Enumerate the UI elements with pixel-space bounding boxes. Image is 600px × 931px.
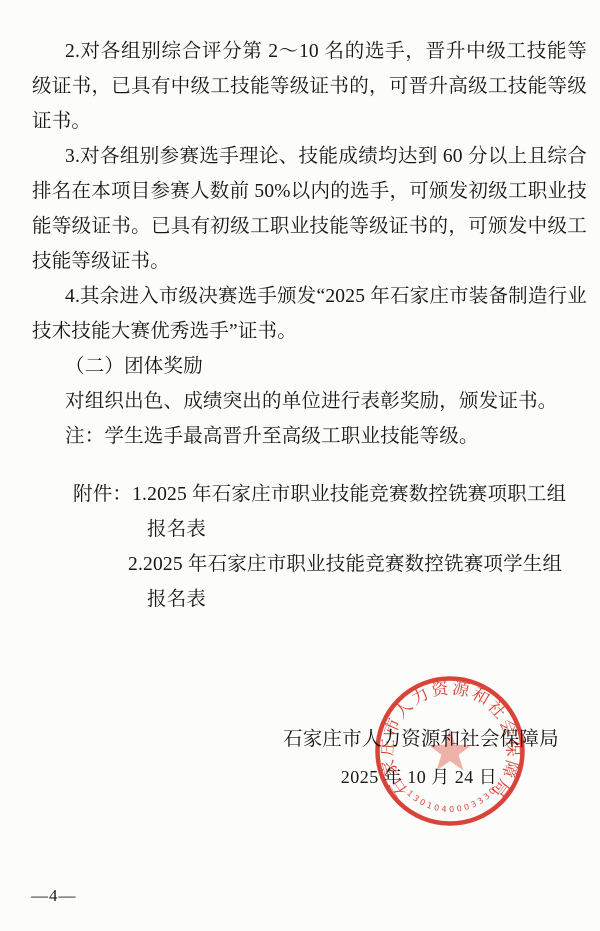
- paragraph-award-others: 4.其余进入市级决赛选手颁发“2025 年石家庄市装备制造行业技术技能大赛优秀选…: [32, 279, 587, 349]
- attachment-item-1-title: 1.2025 年石家庄市职业技能竞赛数控铣赛项职工组: [132, 484, 566, 505]
- paragraph-award-rank: 2.对各组别综合评分第 2～10 名的选手，晋升中级工技能等级证书，已具有中级工…: [32, 34, 587, 139]
- attachment-item-2-line-1: 2.2025 年石家庄市职业技能竞赛数控铣赛项学生组: [73, 547, 573, 582]
- paragraph-note: 注：学生选手最高晋升至高级工职业技能等级。: [32, 419, 587, 454]
- issuing-authority: 石家庄市人力资源和社会保障局: [283, 723, 555, 751]
- attachments-label: 附件：: [73, 484, 132, 505]
- document-page: 2.对各组别综合评分第 2～10 名的选手，晋升中级工技能等级证书，已具有中级工…: [0, 0, 600, 931]
- attachment-item-1-line-2: 报名表: [73, 512, 573, 547]
- document-body: 2.对各组别综合评分第 2～10 名的选手，晋升中级工技能等级证书，已具有中级工…: [32, 34, 587, 454]
- signature-block: 石家庄市人力资源和社会保障局 2025 年 10 月 24 日: [283, 723, 555, 789]
- issue-date: 2025 年 10 月 24 日: [283, 763, 555, 789]
- page-number: —4—: [31, 886, 77, 906]
- paragraph-group-award: 对组织出色、成绩突出的单位进行表彰奖励，颁发证书。: [32, 384, 587, 419]
- section-heading-group-award: （二）团体奖励: [32, 349, 587, 384]
- attachment-item-1-line-1: 附件：1.2025 年石家庄市职业技能竞赛数控铣赛项职工组: [73, 477, 573, 512]
- attachment-item-2-line-2: 报名表: [73, 582, 573, 617]
- paragraph-award-score: 3.对各组别参赛选手理论、技能成绩均达到 60 分以上且综合排名在本项目参赛人数…: [32, 139, 587, 279]
- attachments-block: 附件：1.2025 年石家庄市职业技能竞赛数控铣赛项职工组 报名表 2.2025…: [73, 477, 573, 617]
